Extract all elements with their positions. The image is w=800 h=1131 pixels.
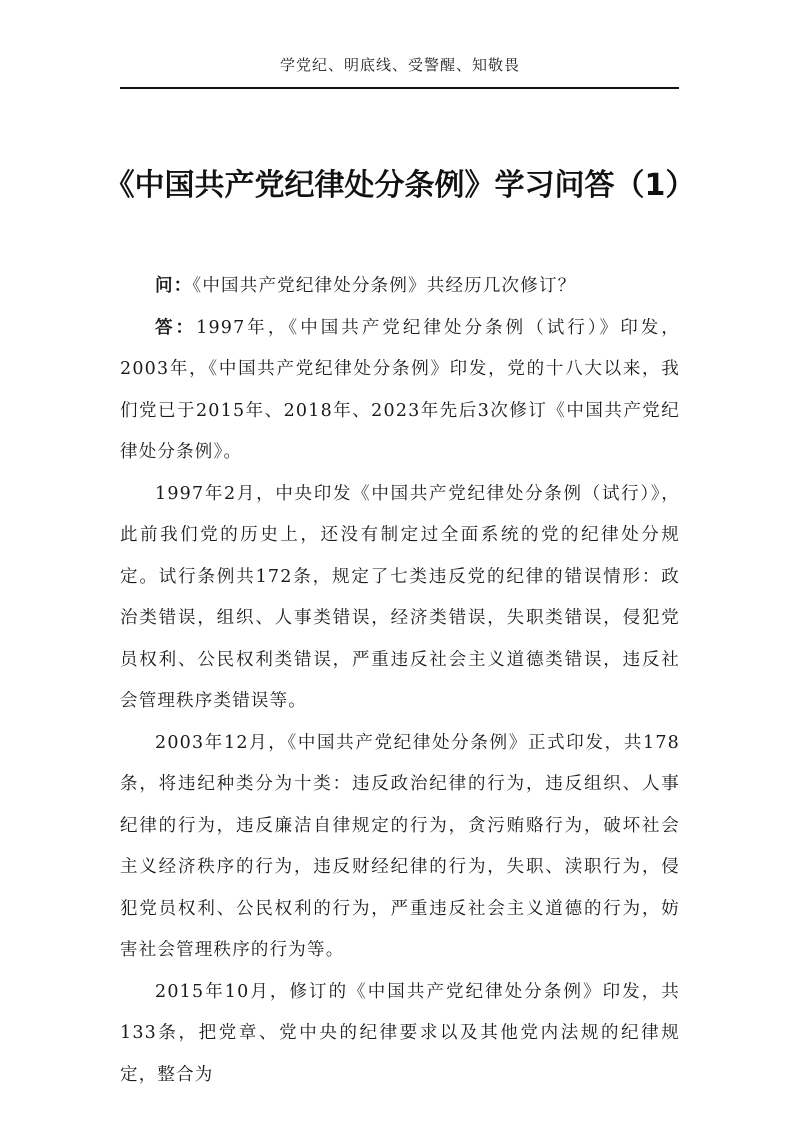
answer-paragraph: 答：1997年，《中国共产党纪律处分条例（试行）》印发，2003年，《中国共产党… [120,308,680,474]
document-body: 问：《中国共产党纪律处分条例》共经历几次修订？ 答：1997年，《中国共产党纪律… [120,266,680,1096]
question-paragraph: 问：《中国共产党纪律处分条例》共经历几次修订？ [120,266,680,308]
document-title: 《中国共产党纪律处分条例》学习问答（1） [0,160,800,204]
header-divider [120,87,679,89]
question-label: 问： [155,276,192,296]
paragraph-1997: 1997年2月，中央印发《中国共产党纪律处分条例（试行）》，此前我们党的历史上，… [120,474,680,723]
running-header: 学党纪、明底线、受警醒、知敬畏 [0,54,800,75]
answer-label: 答： [155,318,196,338]
answer-text: 1997年，《中国共产党纪律处分条例（试行）》印发，2003年，《中国共产党纪律… [120,318,680,463]
paragraph-2003: 2003年12月，《中国共产党纪律处分条例》正式印发，共178条，将违纪种类分为… [120,723,680,972]
question-text: 《中国共产党纪律处分条例》共经历几次修订？ [192,276,576,296]
paragraph-2015: 2015年10月，修订的《中国共产党纪律处分条例》印发，共133条，把党章、党中… [120,972,680,1097]
